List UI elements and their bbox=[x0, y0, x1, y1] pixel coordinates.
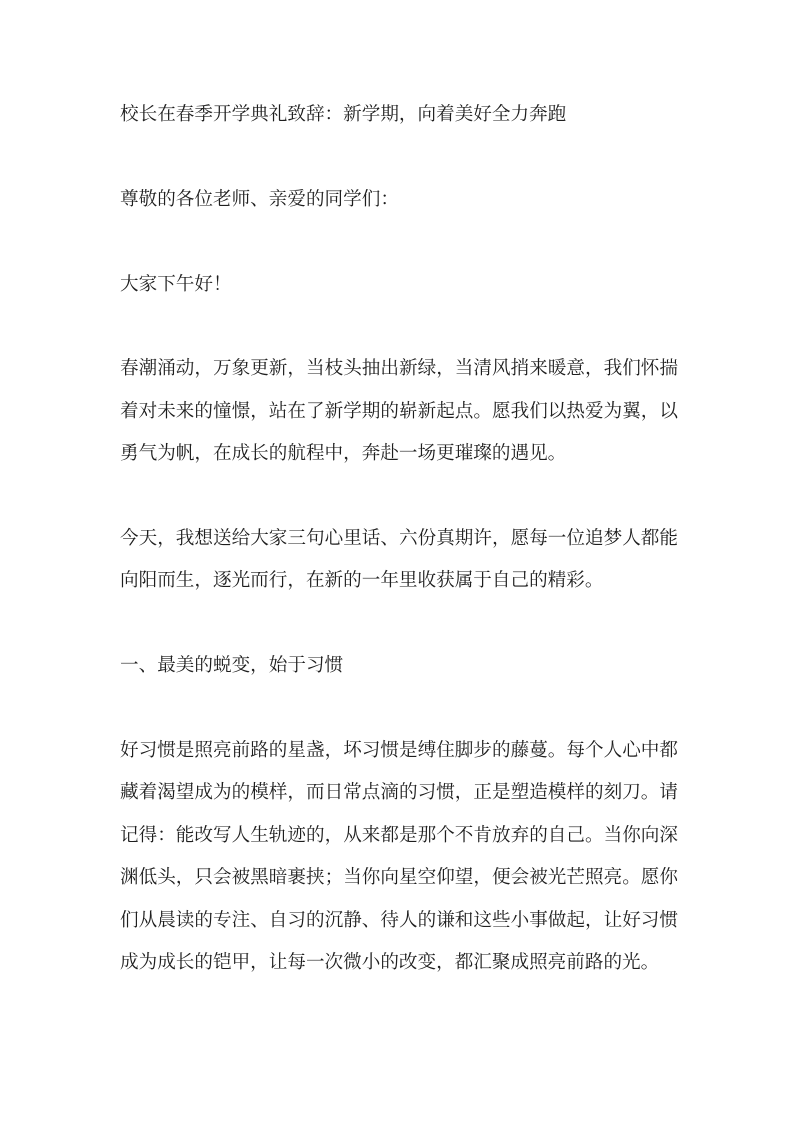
paragraph-salutation: 尊敬的各位老师、亲爱的同学们： bbox=[120, 179, 678, 221]
paragraph-title: 校长在春季开学典礼致辞：新学期，向着美好全力奔跑 bbox=[120, 94, 678, 136]
text-line: 勇气为帆，在成长的航程中，奔赴一场更璀璨的遇见。 bbox=[120, 433, 678, 475]
text-line: 好习惯是照亮前路的星盏，坏习惯是缚住脚步的藤蔓。每个人心中都 bbox=[120, 730, 678, 772]
document-page: 校长在春季开学典礼致辞：新学期，向着美好全力奔跑尊敬的各位老师、亲爱的同学们：大… bbox=[0, 0, 793, 1122]
text-line: 大家下午好！ bbox=[120, 264, 678, 306]
text-line: 向阳而生，逐光而行，在新的一年里收获属于自己的精彩。 bbox=[120, 560, 678, 602]
paragraph-body: 好习惯是照亮前路的星盏，坏习惯是缚住脚步的藤蔓。每个人心中都藏着渴望成为的模样，… bbox=[120, 730, 678, 984]
text-line: 着对未来的憧憬，站在了新学期的崭新起点。愿我们以热爱为翼，以 bbox=[120, 391, 678, 433]
text-line: 成为成长的铠甲，让每一次微小的改变，都汇聚成照亮前路的光。 bbox=[120, 942, 678, 984]
text-line: 渊低头，只会被黑暗裹挟；当你向星空仰望，便会被光芒照亮。愿你 bbox=[120, 857, 678, 899]
text-line: 春潮涌动，万象更新，当枝头抽出新绿，当清风捎来暖意，我们怀揣 bbox=[120, 348, 678, 390]
text-line: 一、最美的蜕变，始于习惯 bbox=[120, 645, 678, 687]
paragraph-greeting: 大家下午好！ bbox=[120, 264, 678, 306]
paragraph-body: 春潮涌动，万象更新，当枝头抽出新绿，当清风捎来暖意，我们怀揣着对未来的憧憬，站在… bbox=[120, 348, 678, 475]
paragraph-body: 今天，我想送给大家三句心里话、六份真期许，愿每一位追梦人都能向阳而生，逐光而行，… bbox=[120, 518, 678, 603]
text-line: 藏着渴望成为的模样，而日常点滴的习惯，正是塑造模样的刻刀。请 bbox=[120, 772, 678, 814]
text-line: 记得：能改写人生轨迹的，从来都是那个不肯放弃的自己。当你向深 bbox=[120, 815, 678, 857]
text-line: 今天，我想送给大家三句心里话、六份真期许，愿每一位追梦人都能 bbox=[120, 518, 678, 560]
text-line: 们从晨读的专注、自习的沉静、待人的谦和这些小事做起，让好习惯 bbox=[120, 900, 678, 942]
text-line: 尊敬的各位老师、亲爱的同学们： bbox=[120, 179, 678, 221]
text-line: 校长在春季开学典礼致辞：新学期，向着美好全力奔跑 bbox=[120, 94, 678, 136]
document-content: 校长在春季开学典礼致辞：新学期，向着美好全力奔跑尊敬的各位老师、亲爱的同学们：大… bbox=[120, 94, 678, 984]
paragraph-heading: 一、最美的蜕变，始于习惯 bbox=[120, 645, 678, 687]
